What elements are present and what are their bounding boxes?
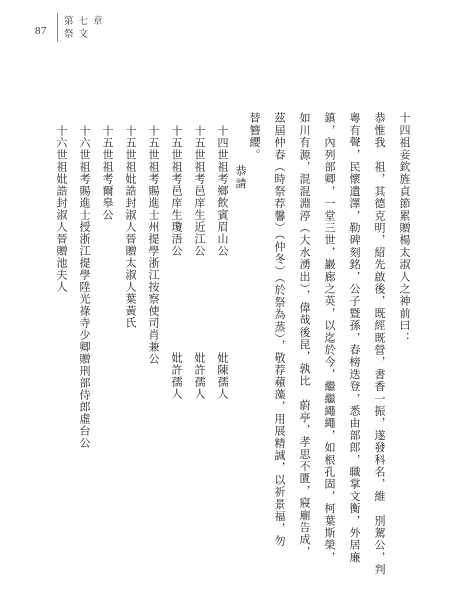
- prose-column-1: 恭惟我 祖，其德克明，紹先啟後，既經既營，書香一振，遂發科名，維 別駕公，判: [373, 112, 385, 576]
- ancestor-entry-8: 十六世祖妣誥封淑人晉贈池夫人: [55, 125, 67, 293]
- prose-column-4: 如川有源，混混淵渟（大水湧出），偉哉後昆，孰比 蔚亭，孝思不匱，寢廟告成，: [298, 112, 310, 558]
- section-title: 祭文: [64, 26, 93, 40]
- ancestor-entry-4: 十五世祖考賜進士州提學浙江按察使司肖兼公: [147, 125, 159, 365]
- ancestor-entry-3: 十五世祖考邑庠生瓊浯公: [170, 125, 182, 257]
- request-label: 恭請: [234, 165, 246, 189]
- ancestor-entry-1: 十四世祖考鄉飲賓眉山公: [216, 125, 228, 257]
- prose-column-5: 茲屆仲春（時祭荐馨）（仲冬）（於祭為蒸），敬荐蘋藻，用展精誠，以祈景福，勿: [273, 112, 285, 547]
- consort-entry-3: 妣許孺人: [170, 352, 182, 400]
- ancestor-entry-6: 十五世祖考爾皋公: [101, 125, 113, 221]
- ancestor-entry-2: 十五世祖考邑庠生近江公: [193, 125, 205, 257]
- page-number: 87: [35, 25, 47, 37]
- prose-column-6: 替簪纓。: [248, 112, 260, 161]
- chapter-title: 第七章: [64, 13, 108, 27]
- consort-entry-1: 妣陳孺人: [216, 352, 228, 400]
- ancestor-entry-7: 十六世祖考賜進士授浙江提學陞光祿寺少卿贈刑部侍郎虛台公: [78, 125, 90, 449]
- consort-entry-2: 妣許孺人: [193, 352, 205, 400]
- document-page: 87 第七章 祭文 十四祖妾欽旌貞節累贈楊太淑人之神前曰： 恭惟我 祖，其德克明…: [0, 0, 461, 616]
- ancestor-entry-5: 十五世祖妣誥封淑人晉贈太淑人葉黃氏: [124, 125, 136, 329]
- invocation-column: 十四祖妾欽旌貞節累贈楊太淑人之神前曰：: [398, 112, 410, 344]
- prose-column-2: 粵有聲，民懷遺澤，勒碑刻銘，公子暨孫，春榜迭登，悉由部郎，職掌文衡，外居廉: [348, 112, 360, 563]
- header-divider-rule: [57, 13, 58, 42]
- prose-column-3: 鎮，內列部卿，一堂三世，巖廊之英，以迄於今，繼繼繩繩，如根孔固，柯葉斯榮，: [323, 112, 335, 563]
- running-head: 87 第七章 祭文: [0, 0, 200, 60]
